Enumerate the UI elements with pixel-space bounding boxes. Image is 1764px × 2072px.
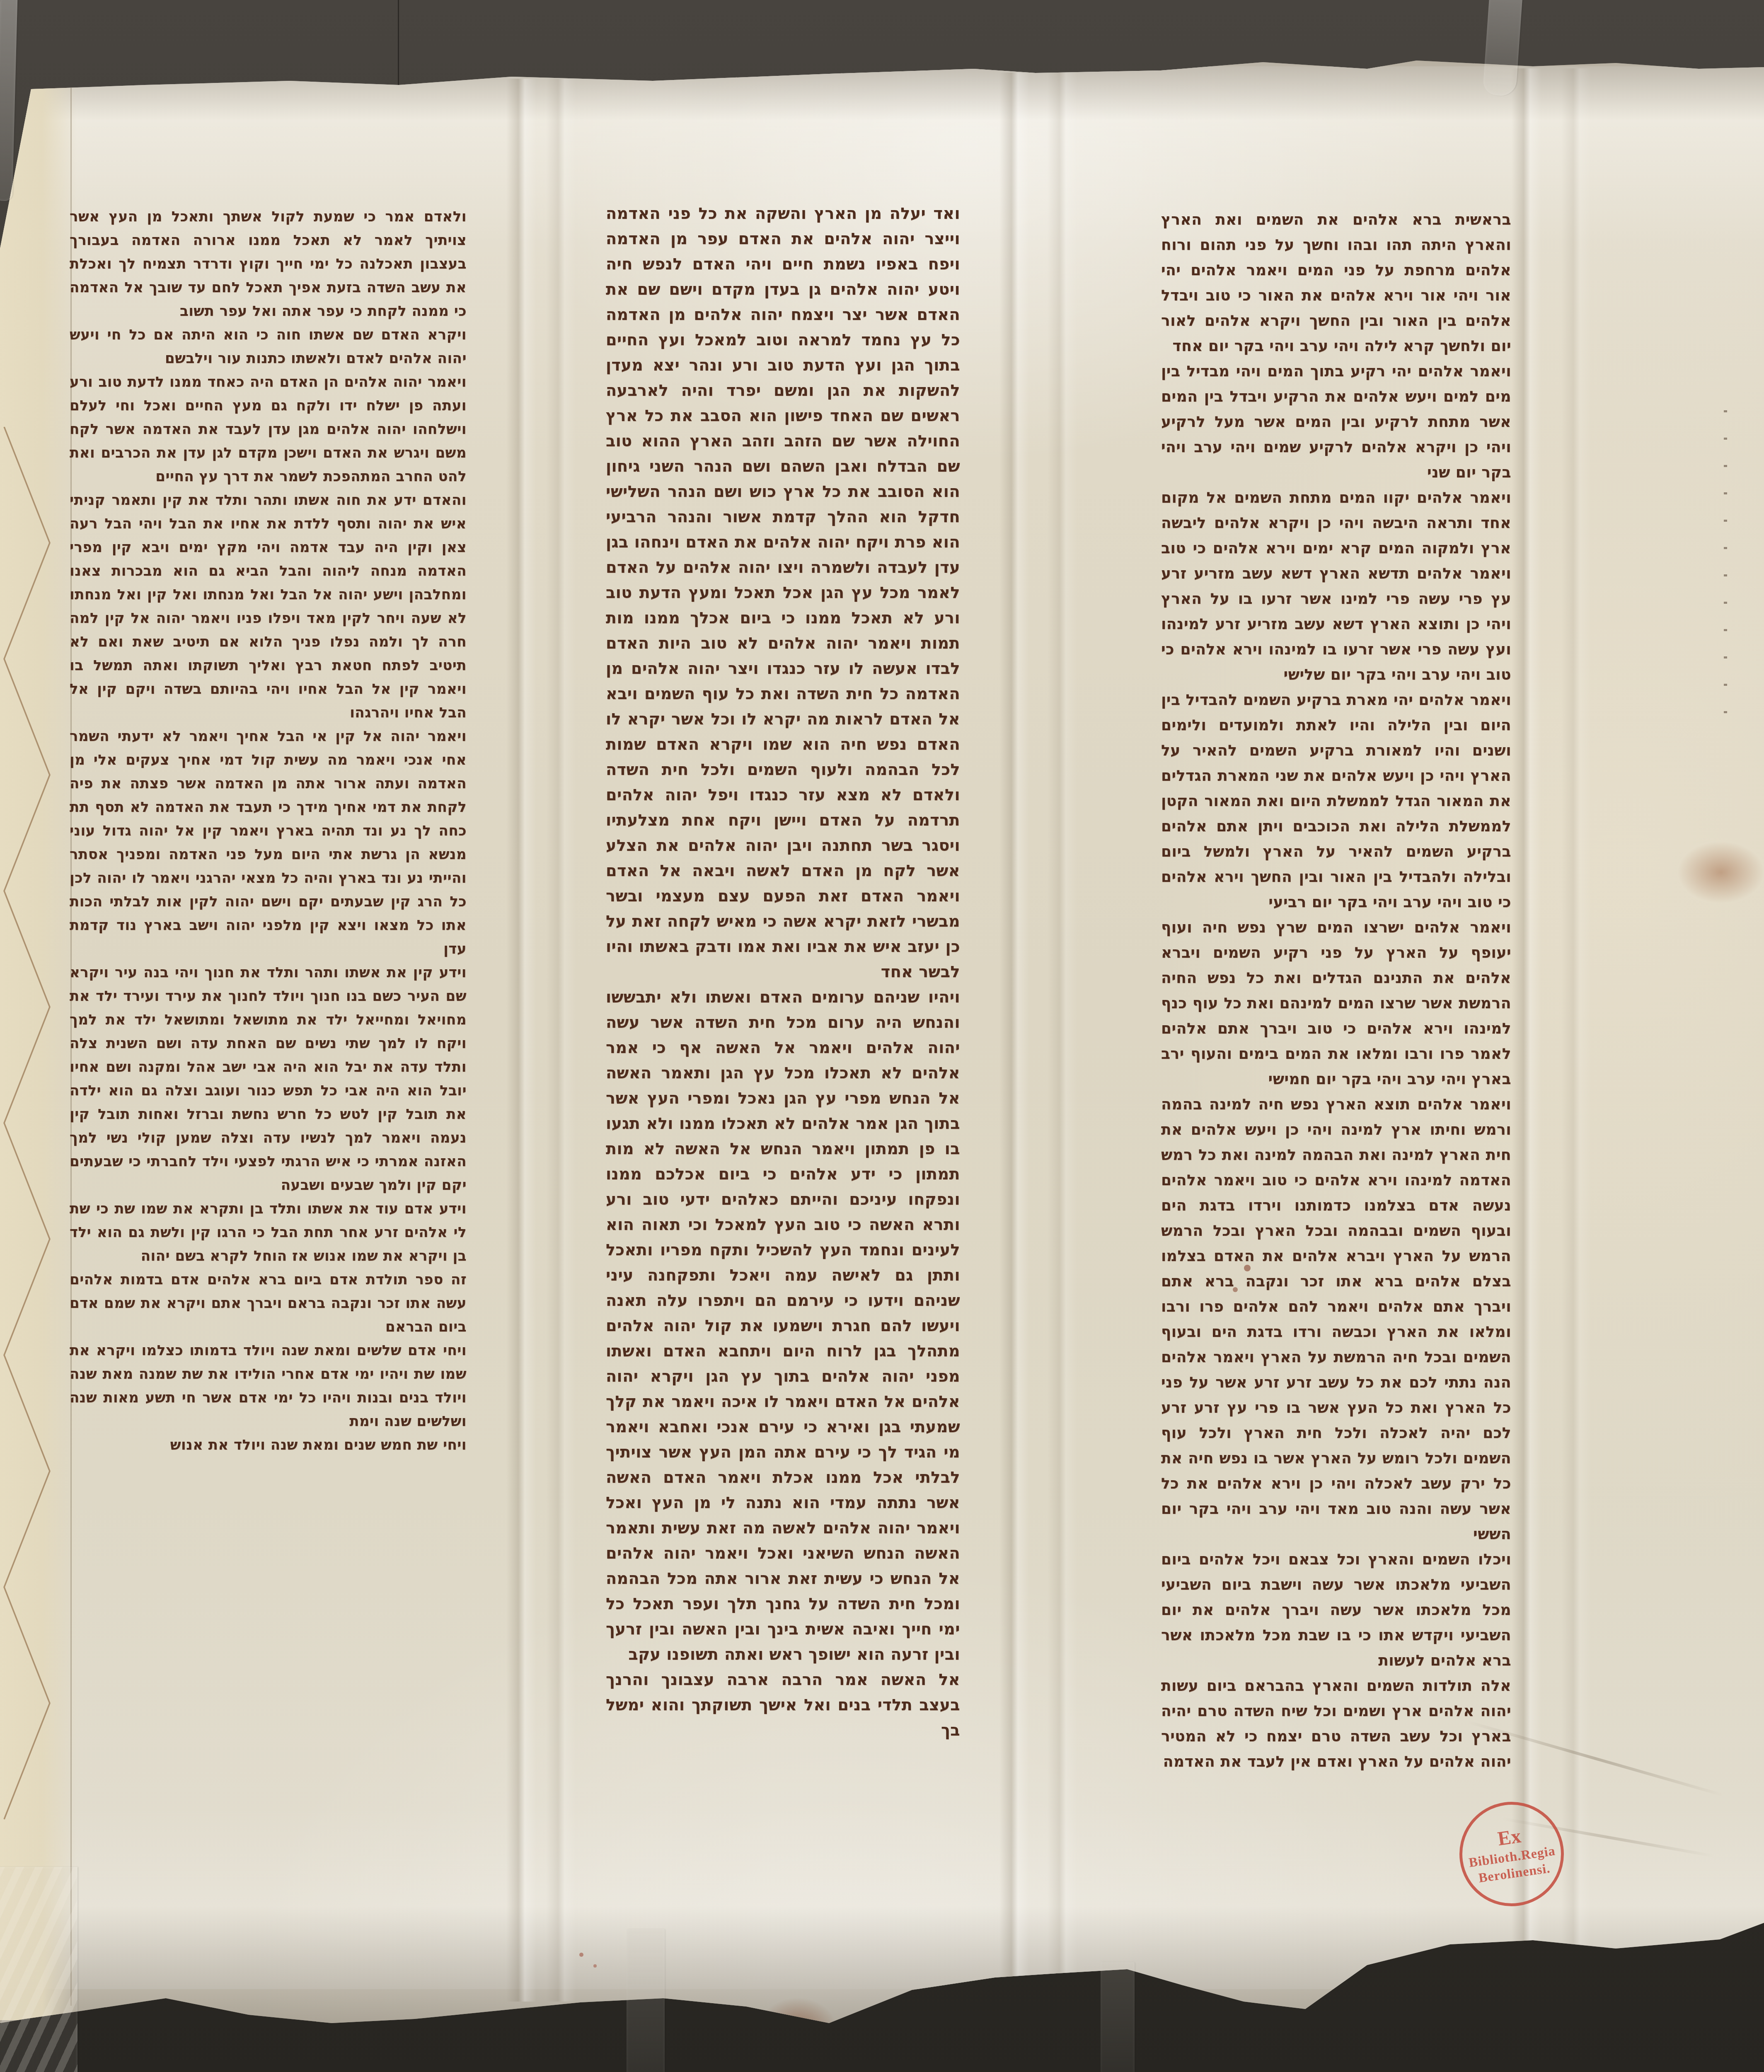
parchment-sheet: בראשית ברא אלהים את השמים ואת הארץ והארץ… [0, 0, 1764, 2072]
torah-text-section: ויחי שת חמש שנים ומאת שנה ויולד את אנוש [70, 1433, 467, 1457]
torah-text-section: ויאמר אלהים תוצא הארץ נפש חיה למינה בהמה… [1161, 1092, 1511, 1547]
torah-text-section: ולאדם אמר כי שמעת לקול אשתך ותאכל מן העץ… [70, 205, 467, 323]
crease-line [999, 73, 1029, 1979]
plastic-strip-top-left [0, 0, 17, 201]
ink-stain [1677, 841, 1764, 903]
parchment-bottom-edge-shadow [0, 1906, 1764, 2031]
text-column-right: בראשית ברא אלהים את השמים ואת הארץ והארץ… [1161, 207, 1511, 1801]
ink-spot [579, 1953, 583, 1957]
torah-text-section: בראשית ברא אלהים את השמים ואת הארץ והארץ… [1161, 207, 1511, 359]
torah-text-section: וידע קין את אשתו ותהר ותלד את חנוך ויהי … [70, 961, 467, 1197]
crease-line [1048, 73, 1077, 1979]
crease-line [1512, 68, 1541, 1950]
torah-text-section: אל האשה אמר הרבה ארבה עצבונך והרנך בעצב … [606, 1667, 960, 1743]
stamp-line-1: Ex [1496, 1825, 1522, 1850]
backdrop-paper-seam [398, 0, 399, 91]
torah-text-section: ויאמר יהוה אלהים הן האדם היה כאחד ממנו ל… [70, 370, 467, 489]
plastic-strip-bottom-left [627, 1929, 665, 2072]
torah-text-section: וידע אדם עוד את אשתו ותלד בן ותקרא את שמ… [70, 1197, 467, 1268]
plastic-strip-bottom-right [1101, 1962, 1135, 2072]
torah-text-section: ויאמר אלהים יקוו המים מתחת השמים אל מקום… [1161, 485, 1511, 687]
torah-text-section: ויאמר יהוה אל קין אי הבל אחיך ויאמר לא י… [70, 725, 467, 961]
torah-text-section: ויכלו השמים והארץ וכל צבאם ויכל אלהים בי… [1161, 1547, 1511, 1673]
torah-text-section: ויקרא האדם שם אשתו חוה כי הוא היתה אם כל… [70, 323, 467, 370]
torah-text-section: ואד יעלה מן הארץ והשקה את כל פני האדמה ו… [606, 201, 960, 985]
crease-line [546, 79, 576, 2002]
text-column-middle: ואד יעלה מן הארץ והשקה את כל פני האדמה ו… [606, 201, 960, 1848]
seam-zigzag-stitching [0, 427, 62, 1836]
ink-spot [593, 1964, 597, 1968]
torah-text-section: והאדם ידע את חוה אשתו ותהר ותלד את קין ו… [70, 489, 467, 725]
torah-text-section: ויהיו שניהם ערומים האדם ואשתו ולא יתבששו… [606, 985, 960, 1667]
crumpled-film-bottom-left [0, 1867, 77, 2072]
ink-stain [758, 1997, 837, 2060]
torah-text-section: זה ספר תולדת אדם ביום ברא אלהים אדם בדמו… [70, 1268, 467, 1339]
photograph-of-torah-scroll-sheet: { "document_kind": "Handwritten Hebrew T… [0, 0, 1764, 2072]
torah-text-section: ויאמר אלהים יהי רקיע בתוך המים ויהי מבדי… [1161, 359, 1511, 485]
torah-text-section: אלה תולדות השמים והארץ בהבראם ביום עשות … [1161, 1673, 1511, 1774]
torah-text-section: ויאמר אלהים יהי מארת ברקיע השמים להבדיל … [1161, 687, 1511, 915]
crease-line [1561, 68, 1591, 1950]
crease-line [506, 79, 536, 2002]
ruling-prick-marks [1724, 410, 1727, 738]
text-column-left: ולאדם אמר כי שמעת לקול אשתך ותאכל מן העץ… [70, 205, 467, 1867]
torah-text-section: ויאמר אלהים ישרצו המים שרץ נפש חיה ועוף … [1161, 915, 1511, 1092]
torah-text-section: ויחי אדם שלשים ומאת שנה ויולד בדמותו כצל… [70, 1339, 467, 1433]
